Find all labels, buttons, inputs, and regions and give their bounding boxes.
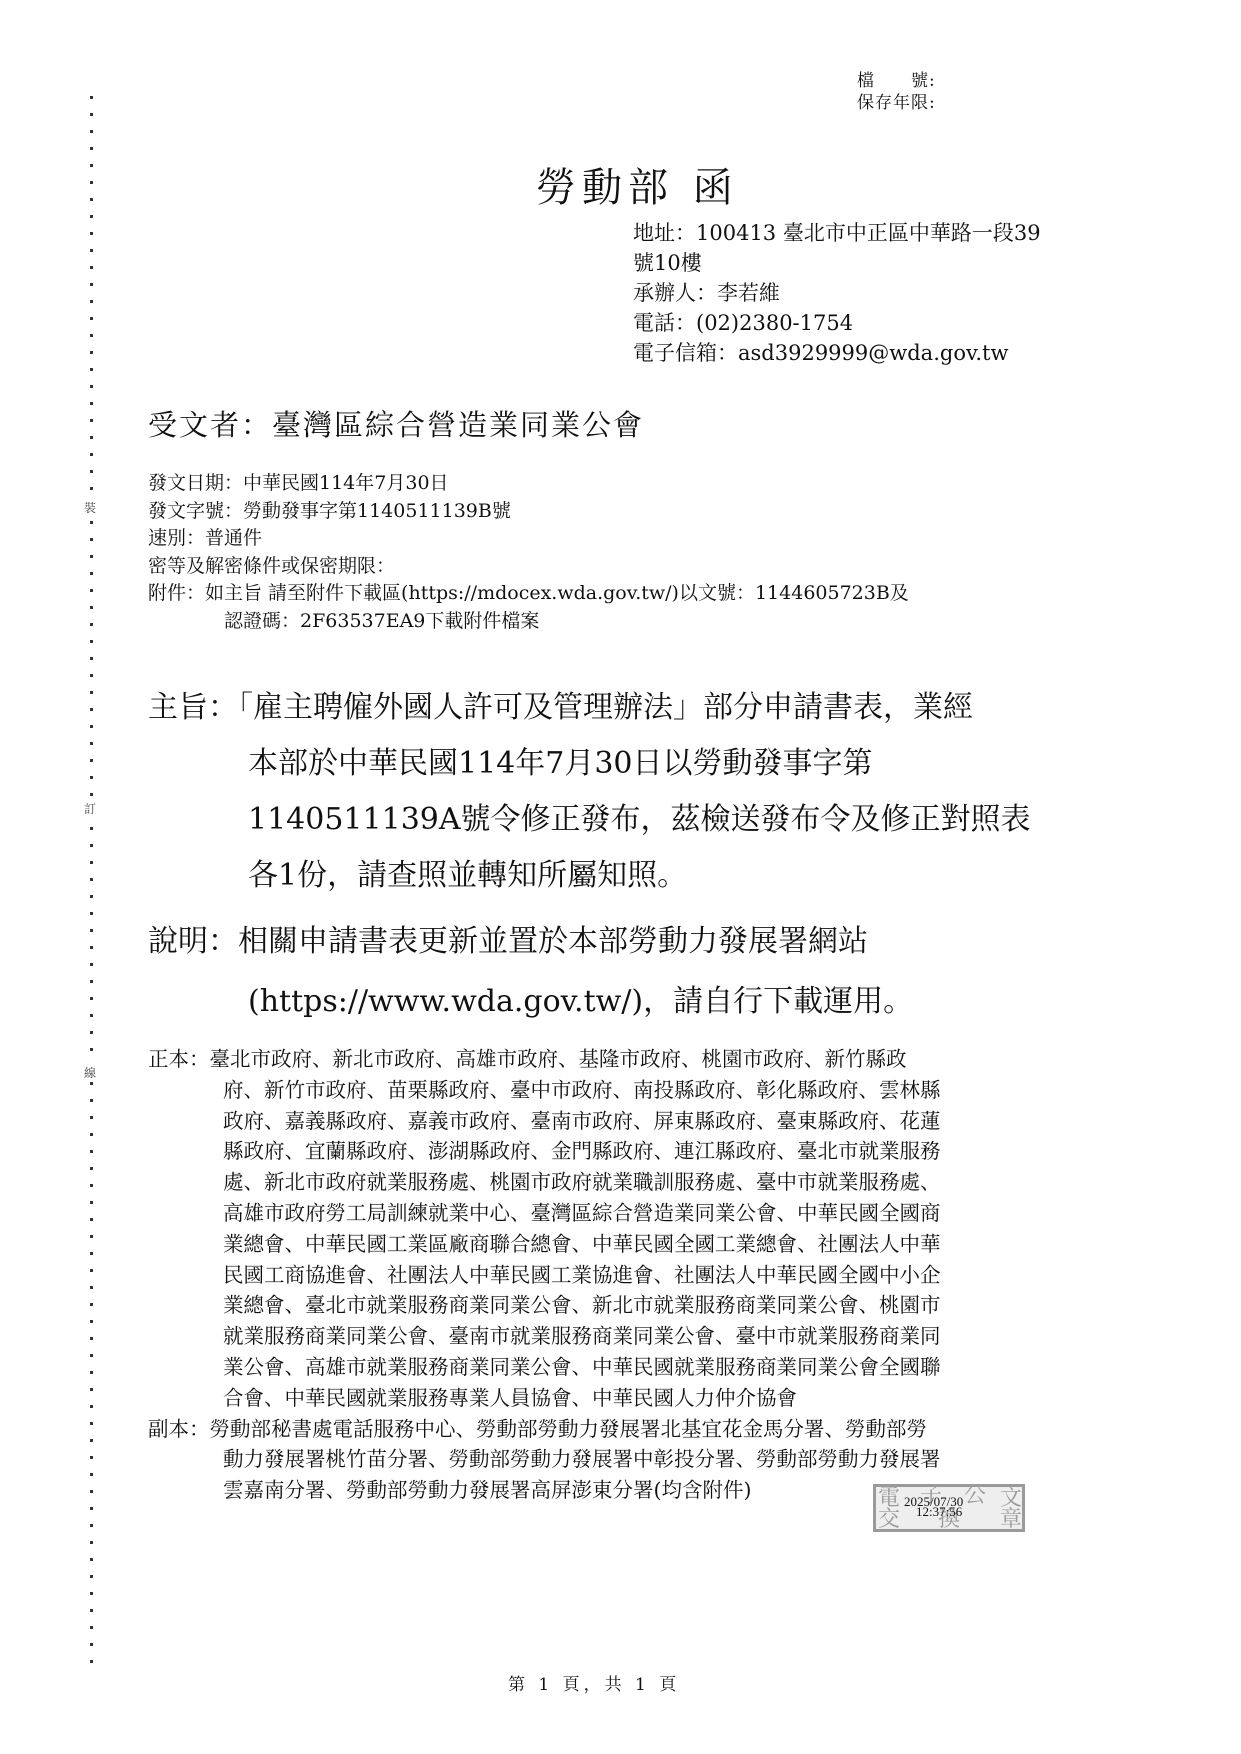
original-line: 縣政府、宜蘭縣政府、澎湖縣政府、金門縣政府、連江縣政府、臺北市就業服務 — [148, 1136, 941, 1167]
binding-dot — [90, 1354, 93, 1357]
phone: 電話：(02)2380-1754 — [633, 308, 1041, 338]
binding-dot — [90, 1099, 93, 1102]
binding-dot — [90, 1405, 93, 1408]
binding-dot — [90, 1388, 93, 1391]
binding-dot — [90, 708, 93, 711]
attachment-line-1: 附件：如主旨 請至附件下載區(https://mdocex.wda.gov.tw… — [148, 580, 909, 608]
address-line-1: 地址：100413 臺北市中正區中華路一段39 — [633, 218, 1041, 248]
binding-margin: 裝訂線 — [80, 96, 104, 1676]
original-line: 合會、中華民國就業服務專業人員協會、中華民國人力仲介協會 — [148, 1383, 941, 1414]
meta-block: 發文日期：中華民國114年7月30日 發文字號：勞動發事字第1140511139… — [148, 470, 909, 635]
doc-number: 發文字號：勞動發事字第1140511139B號 — [148, 498, 909, 526]
binding-dot — [90, 589, 93, 592]
binding-dot — [90, 1626, 93, 1629]
subject-line: 本部於中華民國114年7月30日以勞動發事字第 — [148, 736, 1031, 792]
binding-dot — [90, 385, 93, 388]
binding-dot — [90, 1014, 93, 1017]
distribution-block: 正本：臺北市政府、新北市政府、高雄市政府、基隆市政府、桃園市政府、新竹縣政 府、… — [148, 1044, 941, 1506]
binding-dot — [90, 1269, 93, 1272]
binding-dot — [90, 1643, 93, 1646]
original-line: 府、新竹市政府、苗栗縣政府、臺中市政府、南投縣政府、彰化縣政府、雲林縣 — [148, 1075, 941, 1106]
stamp-time: 12:37:56 — [916, 1505, 962, 1518]
binding-dot — [90, 640, 93, 643]
binding-dot — [90, 317, 93, 320]
binding-dot — [90, 470, 93, 473]
copy-line: 動力發展署桃竹苗分署、勞動部勞動力發展署中彰投分署、勞動部勞動力發展署 — [148, 1444, 941, 1475]
binding-dot — [90, 198, 93, 201]
file-info: 檔 號: 保存年限: — [857, 70, 936, 114]
e-exchange-stamp: 電 子 公 文 交 換 章 2025/07/30 12:37:56 — [873, 1484, 1025, 1532]
recipient: 受文者：臺灣區綜合營造業同業公會 — [148, 403, 644, 444]
binding-dot — [90, 1439, 93, 1442]
binding-char: 訂 — [84, 800, 96, 817]
binding-dot — [90, 1218, 93, 1221]
explanation-line: 說明：相關申請書表更新並置於本部勞動力發展署網站 — [148, 912, 913, 972]
binding-dot — [90, 1337, 93, 1340]
original-line: 業公會、高雄市就業服務商業同業公會、中華民國就業服務商業同業公會全國聯 — [148, 1352, 941, 1383]
binding-dot — [90, 1660, 93, 1663]
binding-dot — [90, 1422, 93, 1425]
binding-dot — [90, 130, 93, 133]
binding-dot — [90, 1286, 93, 1289]
binding-dot — [90, 351, 93, 354]
document-title: 勞動部 函 — [536, 156, 739, 213]
binding-dot — [90, 1558, 93, 1561]
issue-date: 發文日期：中華民國114年7月30日 — [148, 470, 909, 498]
binding-dot — [90, 1507, 93, 1510]
original-line: 正本：臺北市政府、新北市政府、高雄市政府、基隆市政府、桃園市政府、新竹縣政 — [148, 1044, 941, 1075]
subject-line: 各1份，請查照並轉知所屬知照。 — [148, 848, 1031, 904]
binding-dot — [90, 453, 93, 456]
binding-dot — [90, 487, 93, 490]
binding-dot — [90, 402, 93, 405]
binding-dot — [90, 674, 93, 677]
binding-dot — [90, 1252, 93, 1255]
retention-label: 保存年限: — [857, 92, 936, 114]
binding-dot — [90, 1150, 93, 1153]
binding-dot — [90, 1371, 93, 1374]
binding-dot — [90, 96, 93, 99]
original-line: 政府、嘉義縣政府、嘉義市政府、臺南市政府、屏東縣政府、臺東縣政府、花蓮 — [148, 1106, 941, 1137]
binding-dot — [90, 1456, 93, 1459]
binding-dot — [90, 1031, 93, 1034]
binding-dot — [90, 232, 93, 235]
speed: 速別：普通件 — [148, 525, 909, 553]
binding-dot — [90, 555, 93, 558]
binding-dot — [90, 1524, 93, 1527]
email: 電子信箱：asd3929999@wda.gov.tw — [633, 338, 1041, 368]
explanation-block: 說明：相關申請書表更新並置於本部勞動力發展署網站 (https://www.wd… — [148, 912, 913, 1032]
binding-dot — [90, 334, 93, 337]
file-number-label: 檔 號: — [857, 70, 936, 92]
binding-char: 線 — [84, 1064, 96, 1081]
binding-dot — [90, 606, 93, 609]
binding-dot — [90, 1320, 93, 1323]
binding-dot — [90, 895, 93, 898]
secrecy: 密等及解密條件或保密期限： — [148, 553, 909, 581]
binding-dot — [90, 147, 93, 150]
original-line: 民國工商協進會、社團法人中華民國工業協進會、社團法人中華民國全國中小企 — [148, 1260, 941, 1291]
binding-dot — [90, 1575, 93, 1578]
binding-dot — [90, 793, 93, 796]
binding-dot — [90, 844, 93, 847]
binding-dot — [90, 1167, 93, 1170]
binding-dot — [90, 572, 93, 575]
binding-dot — [90, 929, 93, 932]
binding-dot — [90, 1235, 93, 1238]
subject-line: 主旨：「雇主聘僱外國人許可及管理辦法」部分申請書表，業經 — [148, 680, 1031, 736]
binding-dot — [90, 436, 93, 439]
binding-dot — [90, 623, 93, 626]
binding-dot — [90, 419, 93, 422]
original-line: 就業服務商業同業公會、臺南市就業服務商業同業公會、臺中市就業服務商業同 — [148, 1321, 941, 1352]
binding-dot — [90, 215, 93, 218]
binding-dot — [90, 1048, 93, 1051]
binding-dot — [90, 997, 93, 1000]
binding-dot — [90, 164, 93, 167]
binding-dot — [90, 1082, 93, 1085]
binding-dot — [90, 1592, 93, 1595]
stamp-char: 章 — [1000, 1509, 1022, 1531]
original-line: 業總會、中華民國工業區廠商聯合總會、中華民國全國工業總會、社團法人中華 — [148, 1229, 941, 1260]
attachment-line-2: 認證碼：2F63537EA9下載附件檔案 — [148, 608, 909, 636]
contact-block: 地址：100413 臺北市中正區中華路一段39 號10樓 承辦人：李若維 電話：… — [633, 218, 1041, 368]
binding-dot — [90, 946, 93, 949]
binding-dot — [90, 861, 93, 864]
binding-dot — [90, 368, 93, 371]
page-number: 第 1 頁，共 1 頁 — [508, 1670, 680, 1695]
binding-dot — [90, 742, 93, 745]
binding-dot — [90, 266, 93, 269]
binding-dot — [90, 691, 93, 694]
subject-line: 1140511139A號令修正發布，茲檢送發布令及修正對照表 — [148, 792, 1031, 848]
binding-dot — [90, 963, 93, 966]
binding-dot — [90, 538, 93, 541]
binding-dot — [90, 1201, 93, 1204]
binding-dot — [90, 181, 93, 184]
original-line: 業總會、臺北市就業服務商業同業公會、新北市就業服務商業同業公會、桃園市 — [148, 1290, 941, 1321]
binding-dot — [90, 1473, 93, 1476]
binding-dot — [90, 1541, 93, 1544]
binding-dot — [90, 776, 93, 779]
binding-dot — [90, 759, 93, 762]
binding-char: 裝 — [84, 499, 96, 516]
binding-dot — [90, 912, 93, 915]
original-line: 處、新北市政府就業服務處、桃園市政府就業職訓服務處、臺中市就業服務處、 — [148, 1167, 941, 1198]
address-line-2: 號10樓 — [633, 248, 1041, 278]
binding-dot — [90, 1490, 93, 1493]
binding-dot — [90, 980, 93, 983]
binding-dot — [90, 725, 93, 728]
handler: 承辦人：李若維 — [633, 278, 1041, 308]
subject-block: 主旨：「雇主聘僱外國人許可及管理辦法」部分申請書表，業經 本部於中華民國114年… — [148, 680, 1031, 904]
binding-dot — [90, 878, 93, 881]
binding-dot — [90, 521, 93, 524]
explanation-line: (https://www.wda.gov.tw/)，請自行下載運用。 — [148, 972, 913, 1032]
copy-line: 雲嘉南分署、勞動部勞動力發展署高屏澎東分署(均含附件) — [148, 1475, 941, 1506]
binding-dot — [90, 1116, 93, 1119]
binding-dot — [90, 657, 93, 660]
original-line: 高雄市政府勞工局訓練就業中心、臺灣區綜合營造業同業公會、中華民國全國商 — [148, 1198, 941, 1229]
stamp-char: 公 — [964, 1485, 986, 1507]
binding-dot — [90, 300, 93, 303]
binding-dot — [90, 1133, 93, 1136]
stamp-char: 交 — [878, 1509, 900, 1531]
binding-dot — [90, 827, 93, 830]
binding-dot — [90, 249, 93, 252]
binding-dot — [90, 1609, 93, 1612]
copy-line: 副本：勞動部秘書處電話服務中心、勞動部勞動力發展署北基宜花金馬分署、勞動部勞 — [148, 1414, 941, 1445]
binding-dot — [90, 1303, 93, 1306]
binding-dot — [90, 1184, 93, 1187]
binding-dot — [90, 113, 93, 116]
binding-dot — [90, 283, 93, 286]
